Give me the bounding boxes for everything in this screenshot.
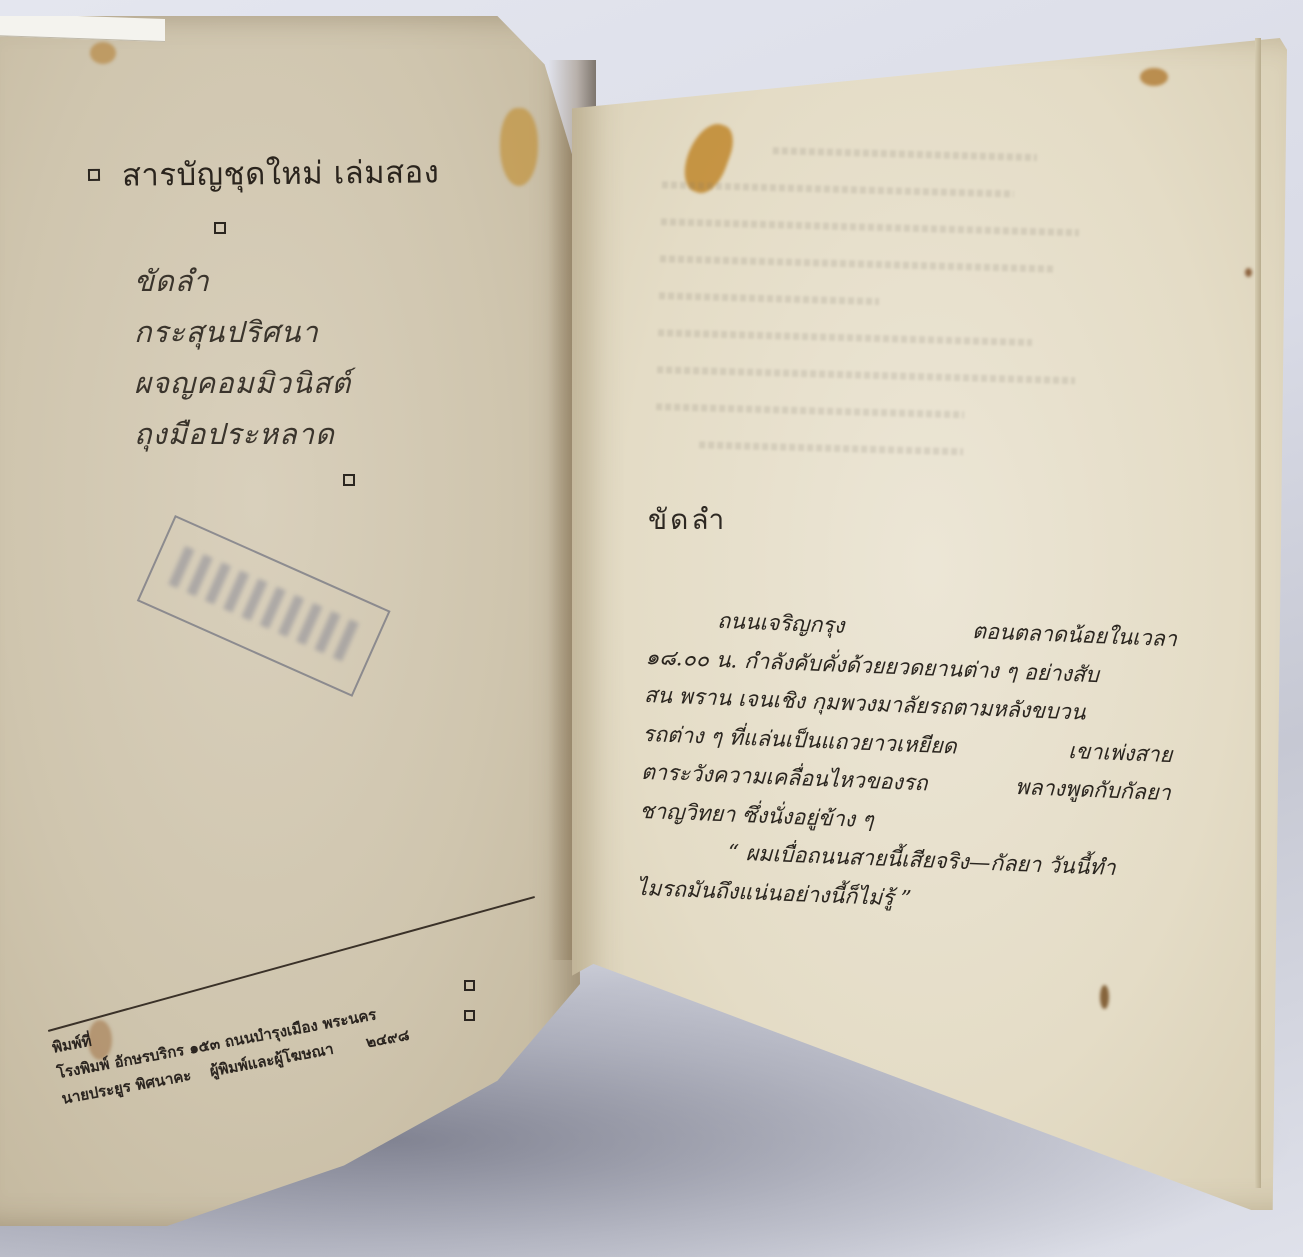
foxing-stain <box>1100 985 1109 1009</box>
foxing-stain <box>500 108 538 186</box>
page-tab-edge <box>0 13 165 42</box>
table-of-contents: ขัดลำ กระสุนปริศนา ผจญคอมมิวนิสต์ ถุงมือ… <box>134 256 351 460</box>
show-through-text-texture <box>653 144 1103 535</box>
right-page-edge <box>1255 38 1261 1188</box>
foxing-stain <box>1245 268 1252 277</box>
imprint-year: ๒๔๙๘ <box>364 1026 410 1052</box>
imprint-label: พิมพ์ที่ <box>51 1032 93 1057</box>
body-text-span: พลางพูดกับกัลยา <box>1014 769 1171 814</box>
toc-item: ถุงมือประหลาด <box>134 409 351 460</box>
toc-heading-row: สารบัญชุดใหม่ เล่มสอง <box>88 146 440 200</box>
chapter-body: ถนนเจริญกรุง ตอนตลาดน้อยในเวลา ๑๘.๐๐ น. … <box>636 600 1178 929</box>
foxing-stain <box>1140 68 1168 86</box>
square-ornament-icon <box>464 1010 475 1021</box>
foxing-stain <box>90 42 116 64</box>
toc-heading: สารบัญชุดใหม่ เล่มสอง <box>122 146 440 199</box>
square-bullet-icon <box>88 169 100 181</box>
toc-item: กระสุนปริศนา <box>134 307 351 358</box>
body-text-span: เขาเพ่งสาย <box>1068 733 1173 776</box>
chapter-title: ขัดลำ <box>648 498 727 542</box>
square-ornament-icon <box>343 474 355 486</box>
toc-item: ขัดลำ <box>134 256 351 307</box>
body-text-span: ถนนเจริญกรุง <box>716 603 845 647</box>
square-ornament-icon <box>464 980 475 991</box>
toc-item: ผจญคอมมิวนิสต์ <box>134 358 351 409</box>
square-ornament-icon <box>214 222 226 234</box>
